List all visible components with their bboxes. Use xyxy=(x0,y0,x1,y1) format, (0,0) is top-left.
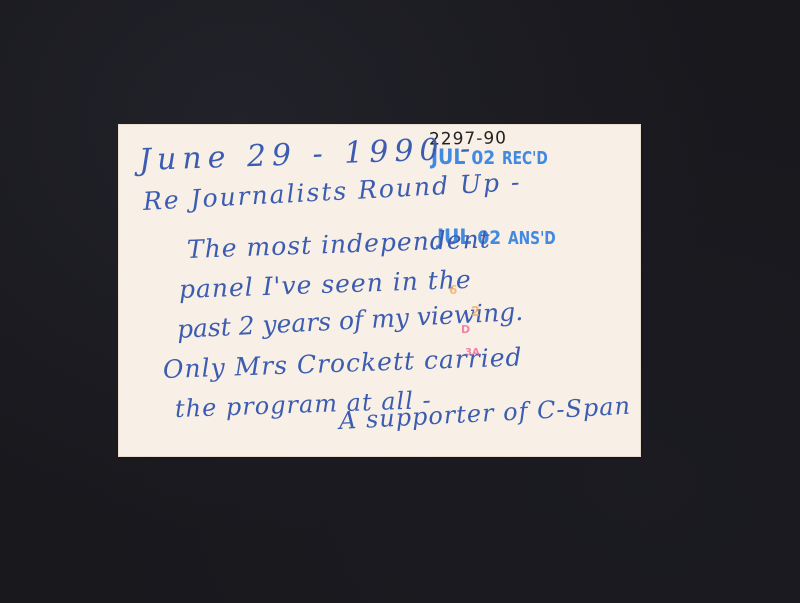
stamp-status: ANS'D xyxy=(508,228,556,249)
handwritten-body-line: The most independent xyxy=(186,224,491,264)
orange-annotation-mark: 2 xyxy=(471,305,480,320)
postcard: 2297-90 JUL02 REC'D JUL02 ANS'D June 29 … xyxy=(119,125,640,456)
handwritten-body-line: past 2 years of my viewing. xyxy=(176,297,524,344)
pink-annotation-mark: D xyxy=(461,323,470,336)
orange-annotation-mark: 6 xyxy=(449,283,457,297)
stamp-status: REC'D xyxy=(502,148,548,169)
pink-annotation-mark: 3A xyxy=(465,347,480,358)
handwritten-body-line: panel I've seen in the xyxy=(178,265,472,304)
handwritten-date-line: June 29 - 1990 - xyxy=(138,131,476,178)
